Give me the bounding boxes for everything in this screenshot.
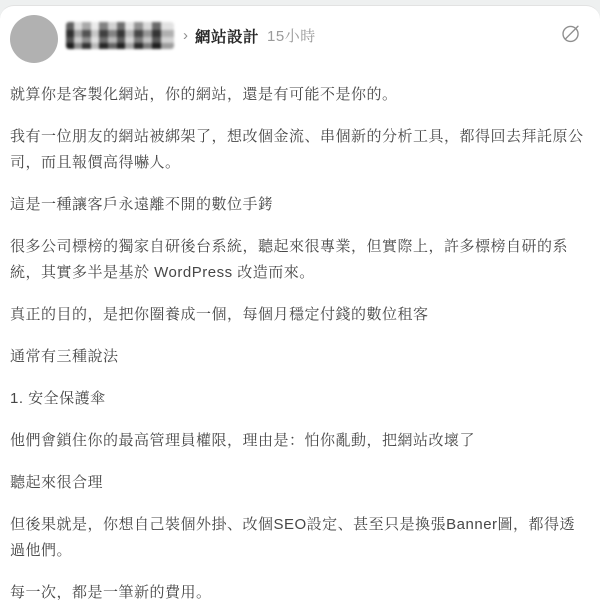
circle-slash-icon[interactable] xyxy=(560,22,582,44)
post-paragraph: 很多公司標榜的獨家自研後台系統，聽起來很專業，但實際上，許多標榜自研的系統，其實… xyxy=(10,234,588,286)
post-paragraph: 每一次，都是一筆新的費用。 xyxy=(10,580,588,600)
post-paragraph: 就算你是客製化網站，你的網站，還是有可能不是你的。 xyxy=(10,82,588,108)
post-paragraph: 真正的目的，是把你圈養成一個，每個月穩定付錢的數位租客 xyxy=(10,302,588,328)
chevron-right-icon: › xyxy=(183,27,188,44)
post-paragraph: 我有一位朋友的網站被綁架了，想改個金流、串個新的分析工具，都得回去拜託原公司，而… xyxy=(10,124,588,176)
post-card: › 網站設計 15小時 就算你是客製化網站，你的網站，還是有可能不是你的。我有一… xyxy=(0,5,600,600)
post-paragraph: 他們會鎖住你的最高管理員權限，理由是：怕你亂動，把網站改壞了 xyxy=(10,428,588,454)
post-paragraph: 通常有三種說法 xyxy=(10,344,588,370)
post-paragraph: 但後果就是，你想自己裝個外掛、改個SEO設定、甚至只是換張Banner圖，都得透… xyxy=(10,512,588,564)
post-paragraph: 聽起來很合理 xyxy=(10,470,588,496)
post-paragraph: 這是一種讓客戶永遠離不開的數位手銬 xyxy=(10,192,588,218)
topic-tag-link[interactable]: 網站設計 xyxy=(195,25,259,47)
timestamp: 15小時 xyxy=(267,25,316,46)
author-name-blurred[interactable] xyxy=(66,22,174,49)
post-paragraph: 1. 安全保護傘 xyxy=(10,386,588,412)
header-line: › 網站設計 15小時 xyxy=(66,22,316,49)
post-header: › 網站設計 15小時 xyxy=(0,6,600,66)
post-body: 就算你是客製化網站，你的網站，還是有可能不是你的。我有一位朋友的網站被綁架了，想… xyxy=(0,66,600,600)
avatar[interactable] xyxy=(10,15,58,63)
